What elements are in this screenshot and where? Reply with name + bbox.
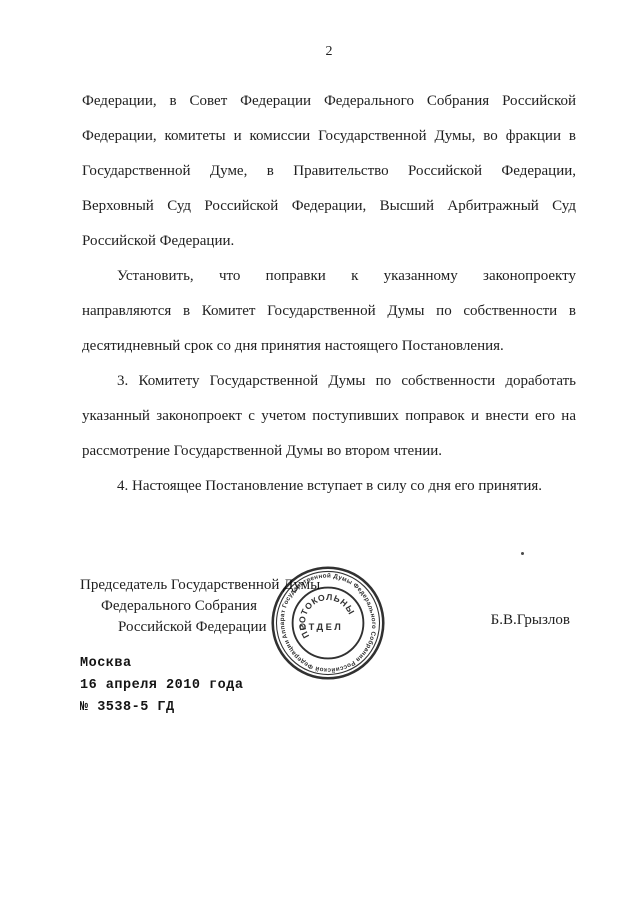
text-line: Российской Федерации. — [82, 224, 576, 259]
text-line: Верховный Суд Российской Федерации, Высш… — [82, 189, 576, 224]
paragraph: 4. Настоящее Постановление вступает в си… — [82, 469, 576, 504]
footer-doc-number: № 3538-5 ГД — [80, 697, 243, 719]
text-line: Федерации, комитеты и комиссии Государст… — [82, 119, 576, 154]
text-line: рассмотрение Государственной Думы во вто… — [82, 434, 576, 469]
text-line: 3. Комитету Государственной Думы по собс… — [82, 364, 576, 399]
text-line: Государственной Думе, в Правительство Ро… — [82, 154, 576, 189]
document-body: Федерации, в Совет Федерации Федеральног… — [82, 84, 576, 504]
scan-speck — [521, 552, 524, 555]
paragraph: Установить, что поправки к указанному за… — [82, 259, 576, 364]
stamp-center-text: ОТДЕЛ — [299, 622, 343, 632]
page-number: 2 — [82, 44, 576, 60]
paragraph: Федерации, в Совет Федерации Федеральног… — [82, 84, 576, 259]
text-line: 4. Настоящее Постановление вступает в си… — [82, 469, 576, 504]
footer-city: Москва — [80, 653, 243, 675]
text-line: Установить, что поправки к указанному за… — [82, 259, 576, 294]
signatory-name: Б.В.Грызлов — [491, 612, 570, 629]
text-line: десятидневный срок со дня принятия насто… — [82, 329, 576, 364]
text-line: направляются в Комитет Государственной Д… — [82, 294, 576, 329]
paragraph: 3. Комитету Государственной Думы по собс… — [82, 364, 576, 469]
text-line: указанный законопроект с учетом поступив… — [82, 399, 576, 434]
footer-date: 16 апреля 2010 года — [80, 675, 243, 697]
scanned-document-page: 2 Федерации, в Совет Федерации Федеральн… — [0, 0, 640, 900]
protocol-department-stamp: Аппарат Государственной Думы Федеральног… — [269, 564, 387, 682]
round-stamp-icon: Аппарат Государственной Думы Федеральног… — [269, 564, 387, 682]
text-line: Федерации, в Совет Федерации Федеральног… — [82, 84, 576, 119]
footer-block: Москва 16 апреля 2010 года № 3538-5 ГД — [80, 653, 243, 719]
